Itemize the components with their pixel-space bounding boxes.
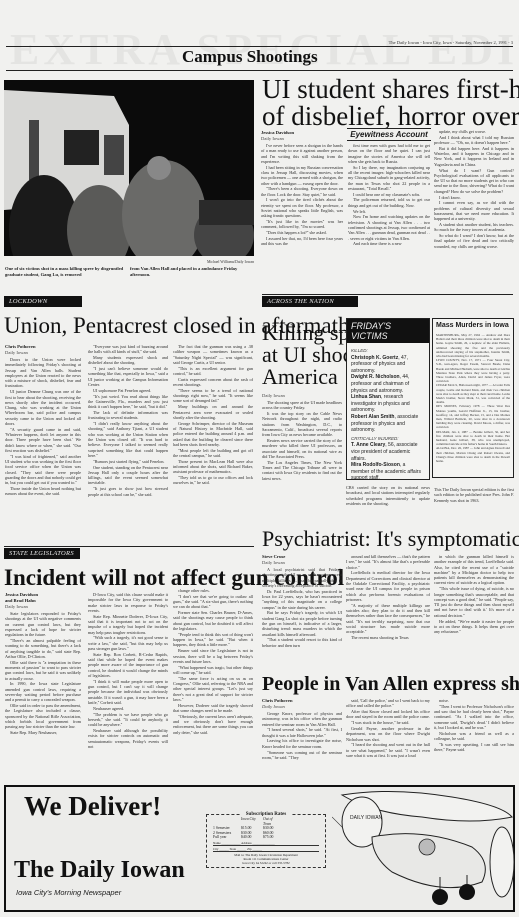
paragraph: Those inside the Union heard nothing but…	[5, 486, 81, 497]
mass-murder-entry: MARTINSBURG, May 27, 1962 — Andrew and D…	[436, 333, 510, 358]
paragraph: We left.	[348, 209, 430, 214]
paragraph: in which the gunman killed himself is an…	[434, 554, 514, 586]
lead-story-col2: first time men with guns had told me to …	[348, 143, 430, 263]
paragraph: Former state Sen. Charles Bruner, D-Ames…	[173, 610, 253, 631]
paragraph: A student shot another student, his teac…	[434, 222, 514, 233]
victims-box-title: FRIDAY'S VICTIMS	[347, 319, 429, 343]
psychiatrist-headline: Psychiatrist: It's symptomatic of societ…	[262, 528, 519, 550]
paragraph: The Los Angeles Times, The New York Time…	[262, 460, 342, 481]
mass-murder-entry: CEDAR FALLS, Halloween night, 1977 — A C…	[436, 383, 510, 404]
paragraph: "What happened was tragic, but other thi…	[173, 665, 253, 676]
victim-entry: Christoph K. Goertz, 47, professor of ph…	[351, 355, 425, 375]
paragraph: "Rumors just started flying," said Fenel…	[88, 459, 168, 464]
psychiatrist-byline: Steve Cruse	[262, 554, 285, 559]
photo-caption-part2: from Van Allen Hall and placed in a ambu…	[130, 266, 254, 277]
paragraph: update, my chills get worse.	[434, 129, 514, 134]
paragraph: UI sophomore Pat Fenelon agreed.	[88, 388, 168, 393]
victim-entry: Robert Alan Smith, associate professor i…	[351, 414, 425, 434]
paragraph: State Rep. Ron Corbett, R-Cedar Rapids, …	[88, 652, 168, 678]
paragraph: Nicholson was a friend as well as a coll…	[434, 731, 514, 742]
paragraph: "Does this happen a lot?" she asked.	[261, 230, 343, 235]
paragraph: Bruner said since the Legislature is not…	[173, 648, 253, 664]
paragraph: "I think it will make people more open t…	[88, 679, 168, 705]
paragraph: I could hear one of my classmate's sobs.	[348, 192, 430, 197]
paragraph: Now I'm home and watching updates on the…	[348, 214, 430, 240]
mass-murder-entry: DELMAR, Jan. 2, 1987 — Bonnie Gilbert, 3…	[436, 430, 510, 447]
state-legislators-kicker: STATE LEGISLATORS	[4, 548, 80, 559]
paragraph: What do I want? Gun control? Psychologic…	[434, 168, 514, 194]
gun-story-col1: State legislators responded to Friday's …	[5, 611, 81, 779]
lead-headline-line1: UI student shares first-hand tale	[262, 76, 519, 103]
victim-name: Linhua Shan	[351, 394, 381, 400]
paragraph: "The same force is acting on us as on Co…	[173, 676, 253, 702]
ad-brand: The Daily Iowan	[14, 857, 185, 884]
paragraph: Ollie said in order to pass the amendmen…	[5, 703, 81, 729]
paragraph: But it did happen here. And it happens i…	[434, 146, 514, 167]
svg-text:DAILY IOWAN: DAILY IOWAN	[350, 815, 383, 821]
paragraph: D-Iowa City, said this clause would make…	[88, 592, 168, 613]
gun-story-col3: change other rules."I don't see that we'…	[173, 588, 253, 779]
paragraph: around and kill themselves — that's the …	[346, 554, 430, 570]
victims-category-label: CRITICALLY INJURED:	[351, 436, 425, 443]
paragraph: "It's just weird. You read about things …	[88, 394, 168, 410]
paragraph: Many buildings on and around the Pentacr…	[173, 404, 253, 420]
paragraph: Those present in MacLean Hall were also …	[173, 459, 253, 475]
victim-name: Mira Rodolfo-Sioson	[351, 462, 400, 468]
paragraph: "Most people left the building and got o…	[173, 448, 253, 459]
psychiatrist-col2: around and kill themselves — that's the …	[346, 554, 430, 670]
psychiatrist-affiliation: Daily Iowan	[262, 560, 285, 565]
paragraph: The recent mass shooting in Texas	[346, 635, 430, 640]
paragraph: State Rep. Minnette Doderer, D-Iowa City…	[88, 614, 168, 635]
paragraph: I assured her that, no, I'd been here fo…	[261, 236, 343, 247]
paragraph: "I heard several shots," he said. "At fi…	[262, 727, 342, 738]
paragraph: "This is an excellent argument for gun c…	[173, 366, 253, 377]
lockdown-kicker: LOCKDOWN	[4, 296, 82, 307]
van-allen-col3: noise."Then I went to Professor Nicholso…	[434, 698, 514, 777]
airplane-cartoon-icon: DAILY IOWAN	[332, 787, 517, 912]
fridays-victims-box: FRIDAY'S VICTIMS KILLED:Christoph K. Goe…	[346, 318, 430, 480]
paragraph: Leaving his office to investigate the no…	[262, 738, 342, 749]
paragraph: "I didn't really know anything about the…	[88, 421, 168, 458]
paragraph: "Everyone was just kind of buzzing aroun…	[88, 344, 168, 355]
paragraph: State legislators responded to Friday's …	[5, 611, 81, 637]
subscription-mail-to: Mail to: The Daily Iowan Circulation Dep…	[213, 854, 319, 865]
photo-scene-icon	[4, 80, 254, 256]
union-affiliation: Daily Iowan	[5, 350, 28, 355]
mass-murders-box: Mass Murders in Iowa MARTINSBURG, May 27…	[432, 318, 514, 478]
subscription-row-full-year: Full year $40.00 $75.00	[213, 835, 319, 840]
paragraph: noise.	[434, 698, 514, 703]
paragraph: Curtis expressed concern about the rash …	[173, 377, 253, 388]
paragraph: The shooting spree at the UI made headli…	[262, 400, 342, 411]
paragraph: "People tend to think this sort of thing…	[173, 632, 253, 648]
paragraph: "I don't see that we're going to outlaw …	[173, 594, 253, 610]
paragraph: The policeman returned, told us to get o…	[348, 197, 430, 208]
van-allen-col2: said, 'Call the police,' and so I went b…	[346, 698, 430, 777]
lead-story-col3: update, my chills get worse.And I think …	[434, 129, 514, 263]
mass-murder-entry: LYON COUNTY, Nov. 17, 1971 — Four Sioux …	[436, 358, 510, 383]
paragraph: Loeffelholz is medical director for the …	[346, 570, 430, 602]
paragraph: Gerald Payne, another professor in the d…	[346, 726, 430, 742]
paragraph: "A majority of these multiple killings a…	[346, 603, 430, 635]
subscription-form[interactable]: Subscription Rates Iowa City Out of Town…	[206, 814, 326, 868]
paragraph: I had been sitting in my Russian convers…	[261, 165, 343, 186]
paragraph: I cannot even say, as we did with the pr…	[434, 200, 514, 221]
paragraph: After that Knorr closed and locked his o…	[346, 709, 430, 720]
paragraph: In 1990, the Iowa state Legislature amen…	[5, 681, 81, 702]
victims-category-label: KILLED:	[351, 348, 425, 355]
gun-byline-2: and Brad Hahn	[5, 598, 36, 603]
paragraph: Doors to the Union were locked immediate…	[5, 357, 81, 389]
section-title: Campus Shootings	[182, 47, 318, 67]
we-deliver-ad: We Deliver! The Daily Iowan Iowa City's …	[4, 785, 515, 912]
lead-story-col1: I've never before seen a shotgun in the …	[261, 143, 343, 263]
paragraph: So I lay there, my imagination conjuring…	[348, 165, 430, 191]
union-story-col1: Doors to the Union were locked immediate…	[5, 357, 81, 539]
mass-murders-title: Mass Murders in Iowa	[436, 322, 510, 329]
paragraph: "This whole issue of dying, of suicide, …	[434, 586, 514, 618]
paragraph: "It was very upsetting. I can still see …	[434, 742, 514, 753]
paragraph: I won't go into the tired clichés about …	[261, 197, 343, 218]
nation-headline-line3: America	[262, 366, 338, 388]
paragraph: So what do I want? I don't know, but at …	[434, 233, 514, 249]
paragraph: Neuhauser agreed.	[88, 706, 168, 711]
union-story-col2: "Everyone was just kind of buzzing aroun…	[88, 344, 168, 539]
victim-entry: Dwight R. Nicholson, 44, professor and c…	[351, 374, 425, 394]
paragraph: "Then I went to Professor Nicholson's of…	[434, 704, 514, 730]
paragraph: And I think about what I told my Russian…	[434, 135, 514, 146]
gun-story-col2: D-Iowa City, said this clause would make…	[88, 592, 168, 779]
paragraph: State Rep. Mary Neuhauser,	[5, 730, 81, 735]
eyewitness-label: Eyewitness Account	[347, 128, 431, 141]
mass-murders-entries: MARTINSBURG, May 27, 1962 — Andrew and D…	[436, 333, 510, 471]
lead-headline-line2: of disbelief, horror over killings	[262, 103, 519, 130]
victim-name: T. Anne Cleary	[351, 442, 385, 448]
paragraph: A local psychiatrist said that Friday's …	[262, 567, 342, 588]
paragraph: I've never before seen a shotgun in the …	[261, 143, 343, 164]
van-allen-col1: George Knorr, professor of physics and a…	[262, 711, 342, 777]
paragraph: change other rules.	[173, 588, 253, 593]
union-byline: Chris Pothoven	[5, 344, 36, 349]
paragraph: He added, "We've made it easier for peop…	[434, 619, 514, 635]
psychiatrist-col1: A local psychiatrist said that Friday's …	[262, 567, 342, 670]
paragraph: And each time there is a new	[348, 241, 430, 246]
victims-list: KILLED:Christoph K. Goertz, 47, professo…	[347, 343, 429, 485]
victim-name: Christoph K. Goertz	[351, 355, 398, 361]
subscription-city-state-zip-field[interactable]: City ______ State ______ Zip ______	[213, 847, 319, 852]
paragraph: "It just goes to show just how stressed …	[88, 486, 168, 497]
paragraph: Ollie said there is "a temptation in the…	[5, 660, 81, 681]
paragraph: "That a student would resort to this kin…	[262, 637, 342, 648]
union-story-col3: The fact that the gunman was using a .38…	[173, 344, 253, 539]
paragraph: "They told us to go to our offices and l…	[173, 475, 253, 486]
lead-byline: Jessica Davidson	[261, 130, 294, 135]
ad-headline: We Deliver!	[24, 791, 161, 822]
paragraph: "I heard the shooting and went out in th…	[346, 742, 430, 758]
subscription-col-headers: Iowa City Out of Town	[213, 817, 319, 826]
paragraph: first time men with guns had told me to …	[348, 143, 430, 164]
photo-credit: Michael Williams/Daily Iowan	[150, 260, 254, 264]
paragraph: "It's just like in the movies" was her c…	[261, 219, 343, 230]
nation-story-body: The shooting spree at the UI made headli…	[262, 400, 342, 535]
gun-affiliation: Daily Iowan	[5, 604, 28, 609]
paragraph: "With such a tragedy, it's not good sens…	[88, 635, 168, 651]
mass-murder-entry: ALGONA, Dec. 26, 1987 — John and Agnes D…	[436, 446, 510, 463]
paragraph: "Someone was coming out of the seminar r…	[262, 750, 342, 761]
mass-murder-entry: DES MOINES, February 1978 — Three West D…	[436, 404, 510, 429]
paragraph: One student, standing on the Pentacrest …	[88, 465, 168, 486]
across-nation-kicker: ACROSS THE NATION	[262, 296, 358, 307]
paragraph: "There's been a shooting. Everyone down …	[261, 186, 343, 197]
paragraph: George Knorr, professor of physics and a…	[262, 711, 342, 727]
subscription-name-address-field[interactable]: Name ____________ Address ______________	[213, 841, 319, 846]
gun-byline-1: Jessica Davidson	[5, 592, 38, 597]
paragraph: "There's an almost palpable feeling of w…	[5, 638, 81, 659]
lead-affiliation: Daily Iowan	[261, 136, 284, 141]
paragraph: The lack of definite information was fru…	[88, 410, 168, 421]
paragraph: However, Doderer said the tragedy showed…	[173, 703, 253, 714]
paragraph: "I was kind of frightened," said another…	[5, 454, 81, 486]
paragraph: Neuhauser said although the possibility …	[88, 728, 168, 749]
paragraph: UI junior Deanne Chung was one of the fi…	[5, 389, 81, 426]
paragraph: "The problem is we have people who go be…	[88, 712, 168, 728]
paragraph: It was the top story on the Cable News N…	[262, 411, 342, 437]
paragraph: Reuters news service carried the story o…	[262, 438, 342, 459]
paragraph: "I was stuck in the house," he said.	[346, 720, 430, 725]
news-photo-ambulance	[4, 80, 254, 256]
van-allen-byline: Chris Pothoven	[262, 698, 293, 703]
paragraph: "I just can't believe someone would do s…	[88, 366, 168, 387]
paragraph: The fact that the gunman was using a .38…	[173, 344, 253, 365]
van-allen-headline: People in Van Allen express shock, fear	[262, 674, 519, 694]
ad-tagline: Iowa City's Morning Newspaper	[16, 888, 121, 897]
nation-affiliation: Daily Iowan	[262, 393, 285, 398]
victim-entry: T. Anne Cleary, 56, associate vice presi…	[351, 442, 425, 462]
paragraph: Dr. Paul Loeffelholz, who has practiced …	[262, 589, 342, 610]
paragraph: "Obviously, the current laws aren't adeq…	[173, 714, 253, 735]
victim-entry: Linhua Shan, research investigator in ph…	[351, 394, 425, 414]
page-folio: The Daily Iowan - Iowa City, Iowa - Satu…	[389, 40, 513, 45]
victim-entry: Mira Rodolfo-Sioson, a member of the aca…	[351, 462, 425, 482]
gun-story-top-rule	[4, 546, 254, 547]
photo-caption-part1: One of six victims shot in a mass killin…	[5, 266, 127, 277]
paragraph: said, 'Call the police,' and so I went b…	[346, 698, 430, 709]
paragraph: "A security guard came in and said, 'Wha…	[5, 427, 81, 453]
paragraph: George Schrimper, director of the Museum…	[173, 421, 253, 447]
header-rule-bottom	[6, 70, 513, 71]
paragraph: But he says Friday's tragedy, in which U…	[262, 610, 342, 636]
van-allen-affiliation: Daily Iowan	[262, 704, 285, 709]
paragraph: I don't know.	[434, 195, 514, 200]
nation-continued-special-edition: This The Daily Iowan special edition is …	[434, 487, 514, 527]
paragraph: "There seems to be a trend of national s…	[173, 388, 253, 404]
nation-top-rule	[262, 294, 513, 295]
victim-name: Robert Alan Smith	[351, 414, 394, 420]
paragraph: Many students expressed shock and disbel…	[88, 355, 168, 366]
psychiatrist-col3: in which the gunman killed himself is an…	[434, 554, 514, 670]
victim-name: Dwight R. Nicholson	[351, 374, 400, 380]
